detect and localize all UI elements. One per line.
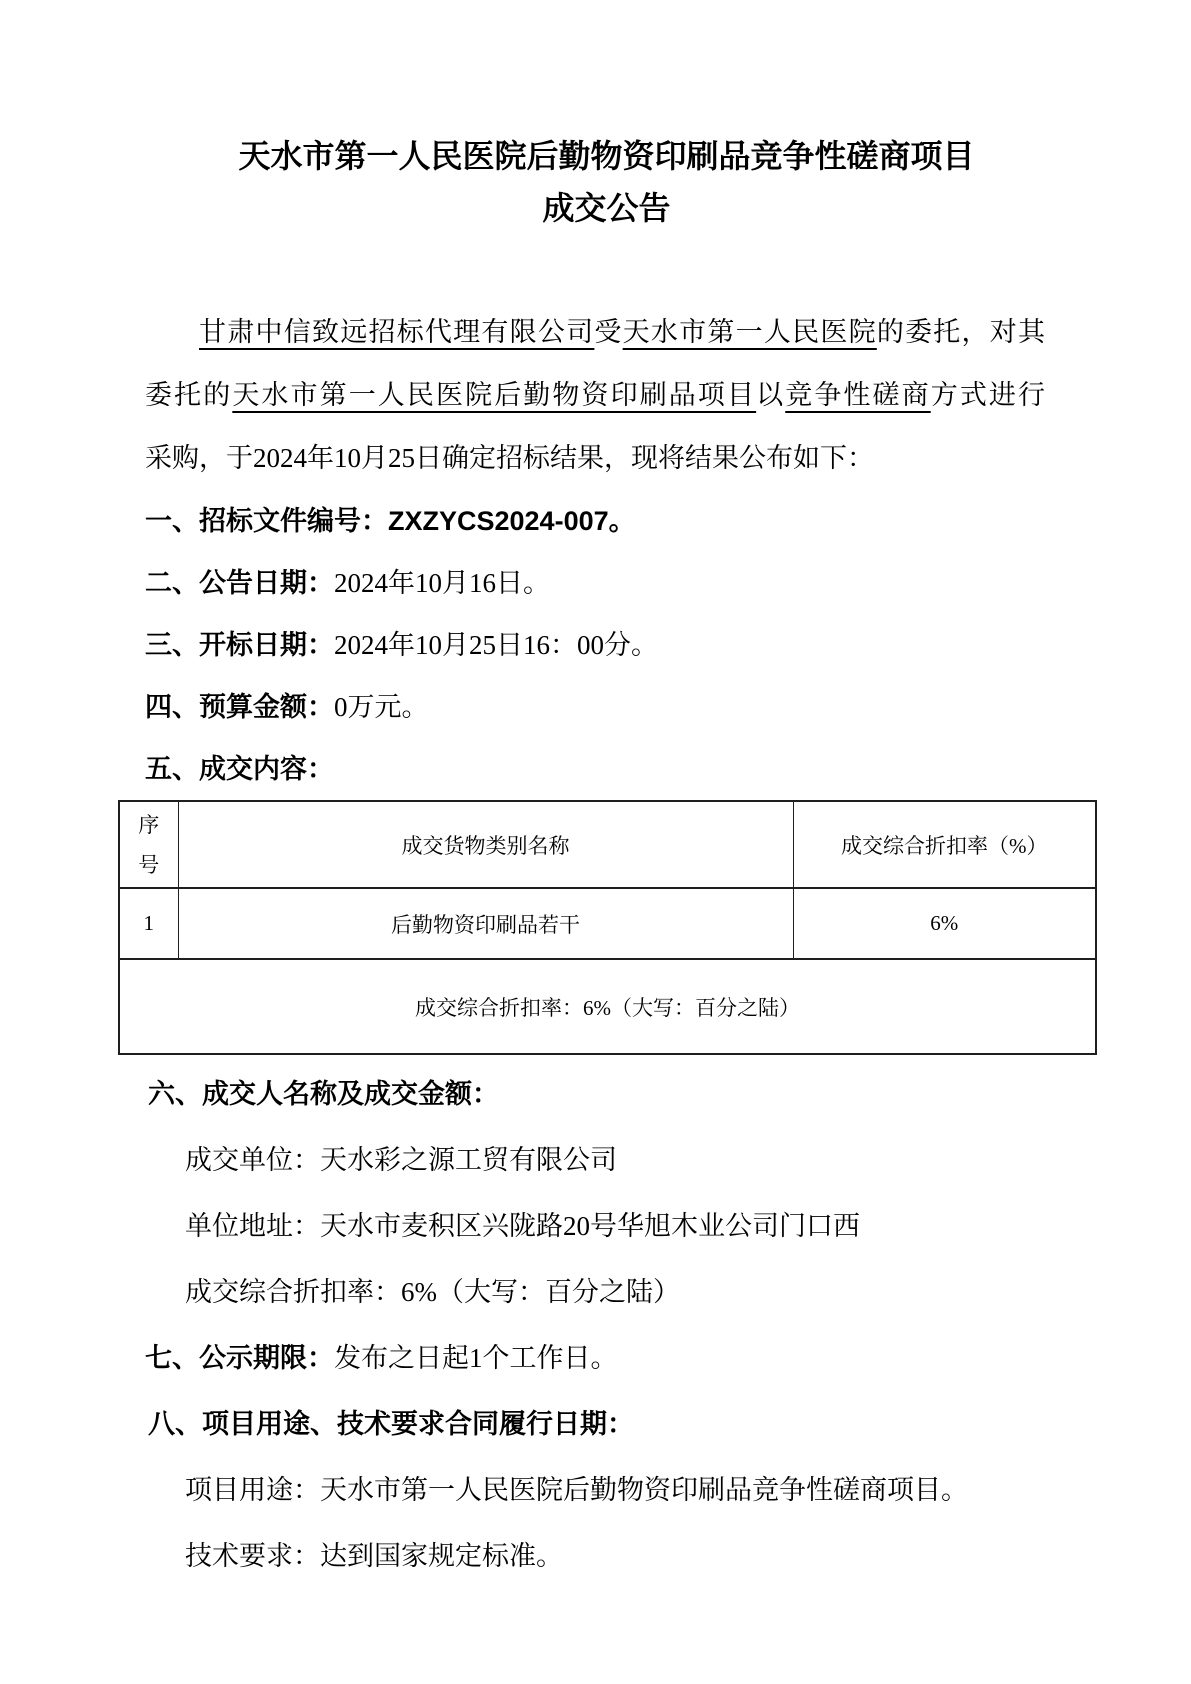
title-line-1: 天水市第一人民医院后勤物资印刷品竞争性磋商项目: [118, 130, 1095, 182]
awardee-discount-rate-line: 成交综合折扣率：6%（大写：百分之陆）: [185, 1261, 1095, 1323]
agency-name-text: 甘肃中信致远招标代理有限公司: [199, 317, 594, 347]
technical-requirements-line: 技术要求：达到国家规定标准。: [185, 1525, 1095, 1587]
procurement-method-text: 竞争性磋商: [785, 380, 931, 410]
awardee-address-line: 单位地址：天水市麦积区兴陇路20号华旭木业公司门口西: [185, 1195, 1095, 1257]
section-item-4-budget-amount: 四、预算金额：0万元。: [145, 676, 1065, 738]
intro-text: 方式进行: [931, 380, 1045, 410]
intro-text: 受: [594, 317, 622, 347]
intro-text: 采购，于2024年10月25日确定招标结果，现将结果公布如下：: [145, 443, 874, 473]
section-item-2-announcement-date: 二、公告日期：2024年10月16日。: [145, 552, 1065, 614]
table-footer-summary: 成交综合折扣率：6%（大写：百分之陆）: [119, 959, 1096, 1054]
section-6-heading: 六、成交人名称及成交金额：: [148, 1063, 1095, 1125]
document-title: 天水市第一人民医院后勤物资印刷品竞争性磋商项目 成交公告: [118, 130, 1095, 234]
document-content: 天水市第一人民医院后勤物资印刷品竞争性磋商项目 成交公告 甘肃中信致远招标代理有…: [118, 0, 1095, 1587]
purchaser-name-text: 天水市第一人民医院: [623, 317, 877, 347]
item-3-value: 2024年10月25日16：00分。: [334, 630, 658, 660]
document-page: 天水市第一人民医院后勤物资印刷品竞争性磋商项目 成交公告 甘肃中信致远招标代理有…: [0, 0, 1191, 1684]
intro-text: 以: [756, 380, 785, 410]
title-line-2: 成交公告: [118, 182, 1095, 234]
section-8-heading: 八、项目用途、技术要求合同履行日期：: [148, 1393, 1095, 1455]
section-item-7-publicity-period: 七、公示期限：发布之日起1个工作日。: [145, 1327, 1065, 1389]
table-header-row: 序号 成交货物类别名称 成交综合折扣率（%）: [119, 801, 1096, 888]
table-header-goods-category: 成交货物类别名称: [178, 801, 793, 888]
item-7-label: 七、公示期限：: [145, 1343, 334, 1373]
section-item-3-bid-opening-date: 三、开标日期：2024年10月25日16：00分。: [145, 614, 1065, 676]
intro-text: 委托的: [145, 380, 232, 410]
project-name-text: 天水市第一人民医院后勤物资印刷品项目: [232, 380, 756, 410]
item-2-label: 二、公告日期：: [145, 568, 334, 598]
table-header-serial-number-text: 序号: [137, 805, 160, 885]
table-footer-row: 成交综合折扣率：6%（大写：百分之陆）: [119, 959, 1096, 1054]
table-header-discount-rate: 成交综合折扣率（%）: [793, 801, 1096, 888]
table-cell-discount-rate: 6%: [793, 888, 1096, 959]
project-purpose-line: 项目用途：天水市第一人民医院后勤物资印刷品竞争性磋商项目。: [185, 1459, 1095, 1521]
item-4-value: 0万元。: [334, 692, 429, 722]
item-7-value: 发布之日起1个工作日。: [334, 1343, 618, 1373]
section-item-5-award-content: 五、成交内容：: [145, 738, 1065, 800]
item-3-label: 三、开标日期：: [145, 630, 334, 660]
item-4-label: 四、预算金额：: [145, 692, 334, 722]
item-2-value: 2024年10月16日。: [334, 568, 550, 598]
table-cell-goods-name: 后勤物资印刷品若干: [178, 888, 793, 959]
item-1-label: 一、招标文件编号：: [145, 506, 388, 536]
item-5-label: 五、成交内容：: [145, 754, 334, 784]
table-header-serial-number: 序号: [119, 801, 178, 888]
table-cell-serial-number: 1: [119, 888, 178, 959]
table-row: 1 后勤物资印刷品若干 6%: [119, 888, 1096, 959]
awardee-name-line: 成交单位：天水彩之源工贸有限公司: [185, 1129, 1095, 1191]
award-content-table: 序号 成交货物类别名称 成交综合折扣率（%） 1 后勤物资印刷品若干 6% 成交…: [118, 800, 1097, 1055]
section-item-1-bid-doc-number: 一、招标文件编号：ZXZYCS2024-007。: [145, 490, 1065, 552]
intro-text: 的委托，对其: [877, 317, 1045, 347]
intro-paragraph-line-3: 采购，于2024年10月25日确定招标结果，现将结果公布如下：: [145, 427, 1045, 490]
intro-paragraph-line-1: 甘肃中信致远招标代理有限公司受天水市第一人民医院的委托，对其: [145, 301, 1045, 364]
item-1-value: ZXZYCS2024-007。: [388, 506, 636, 536]
intro-paragraph-line-2: 委托的天水市第一人民医院后勤物资印刷品项目以竞争性磋商方式进行: [145, 364, 1045, 427]
